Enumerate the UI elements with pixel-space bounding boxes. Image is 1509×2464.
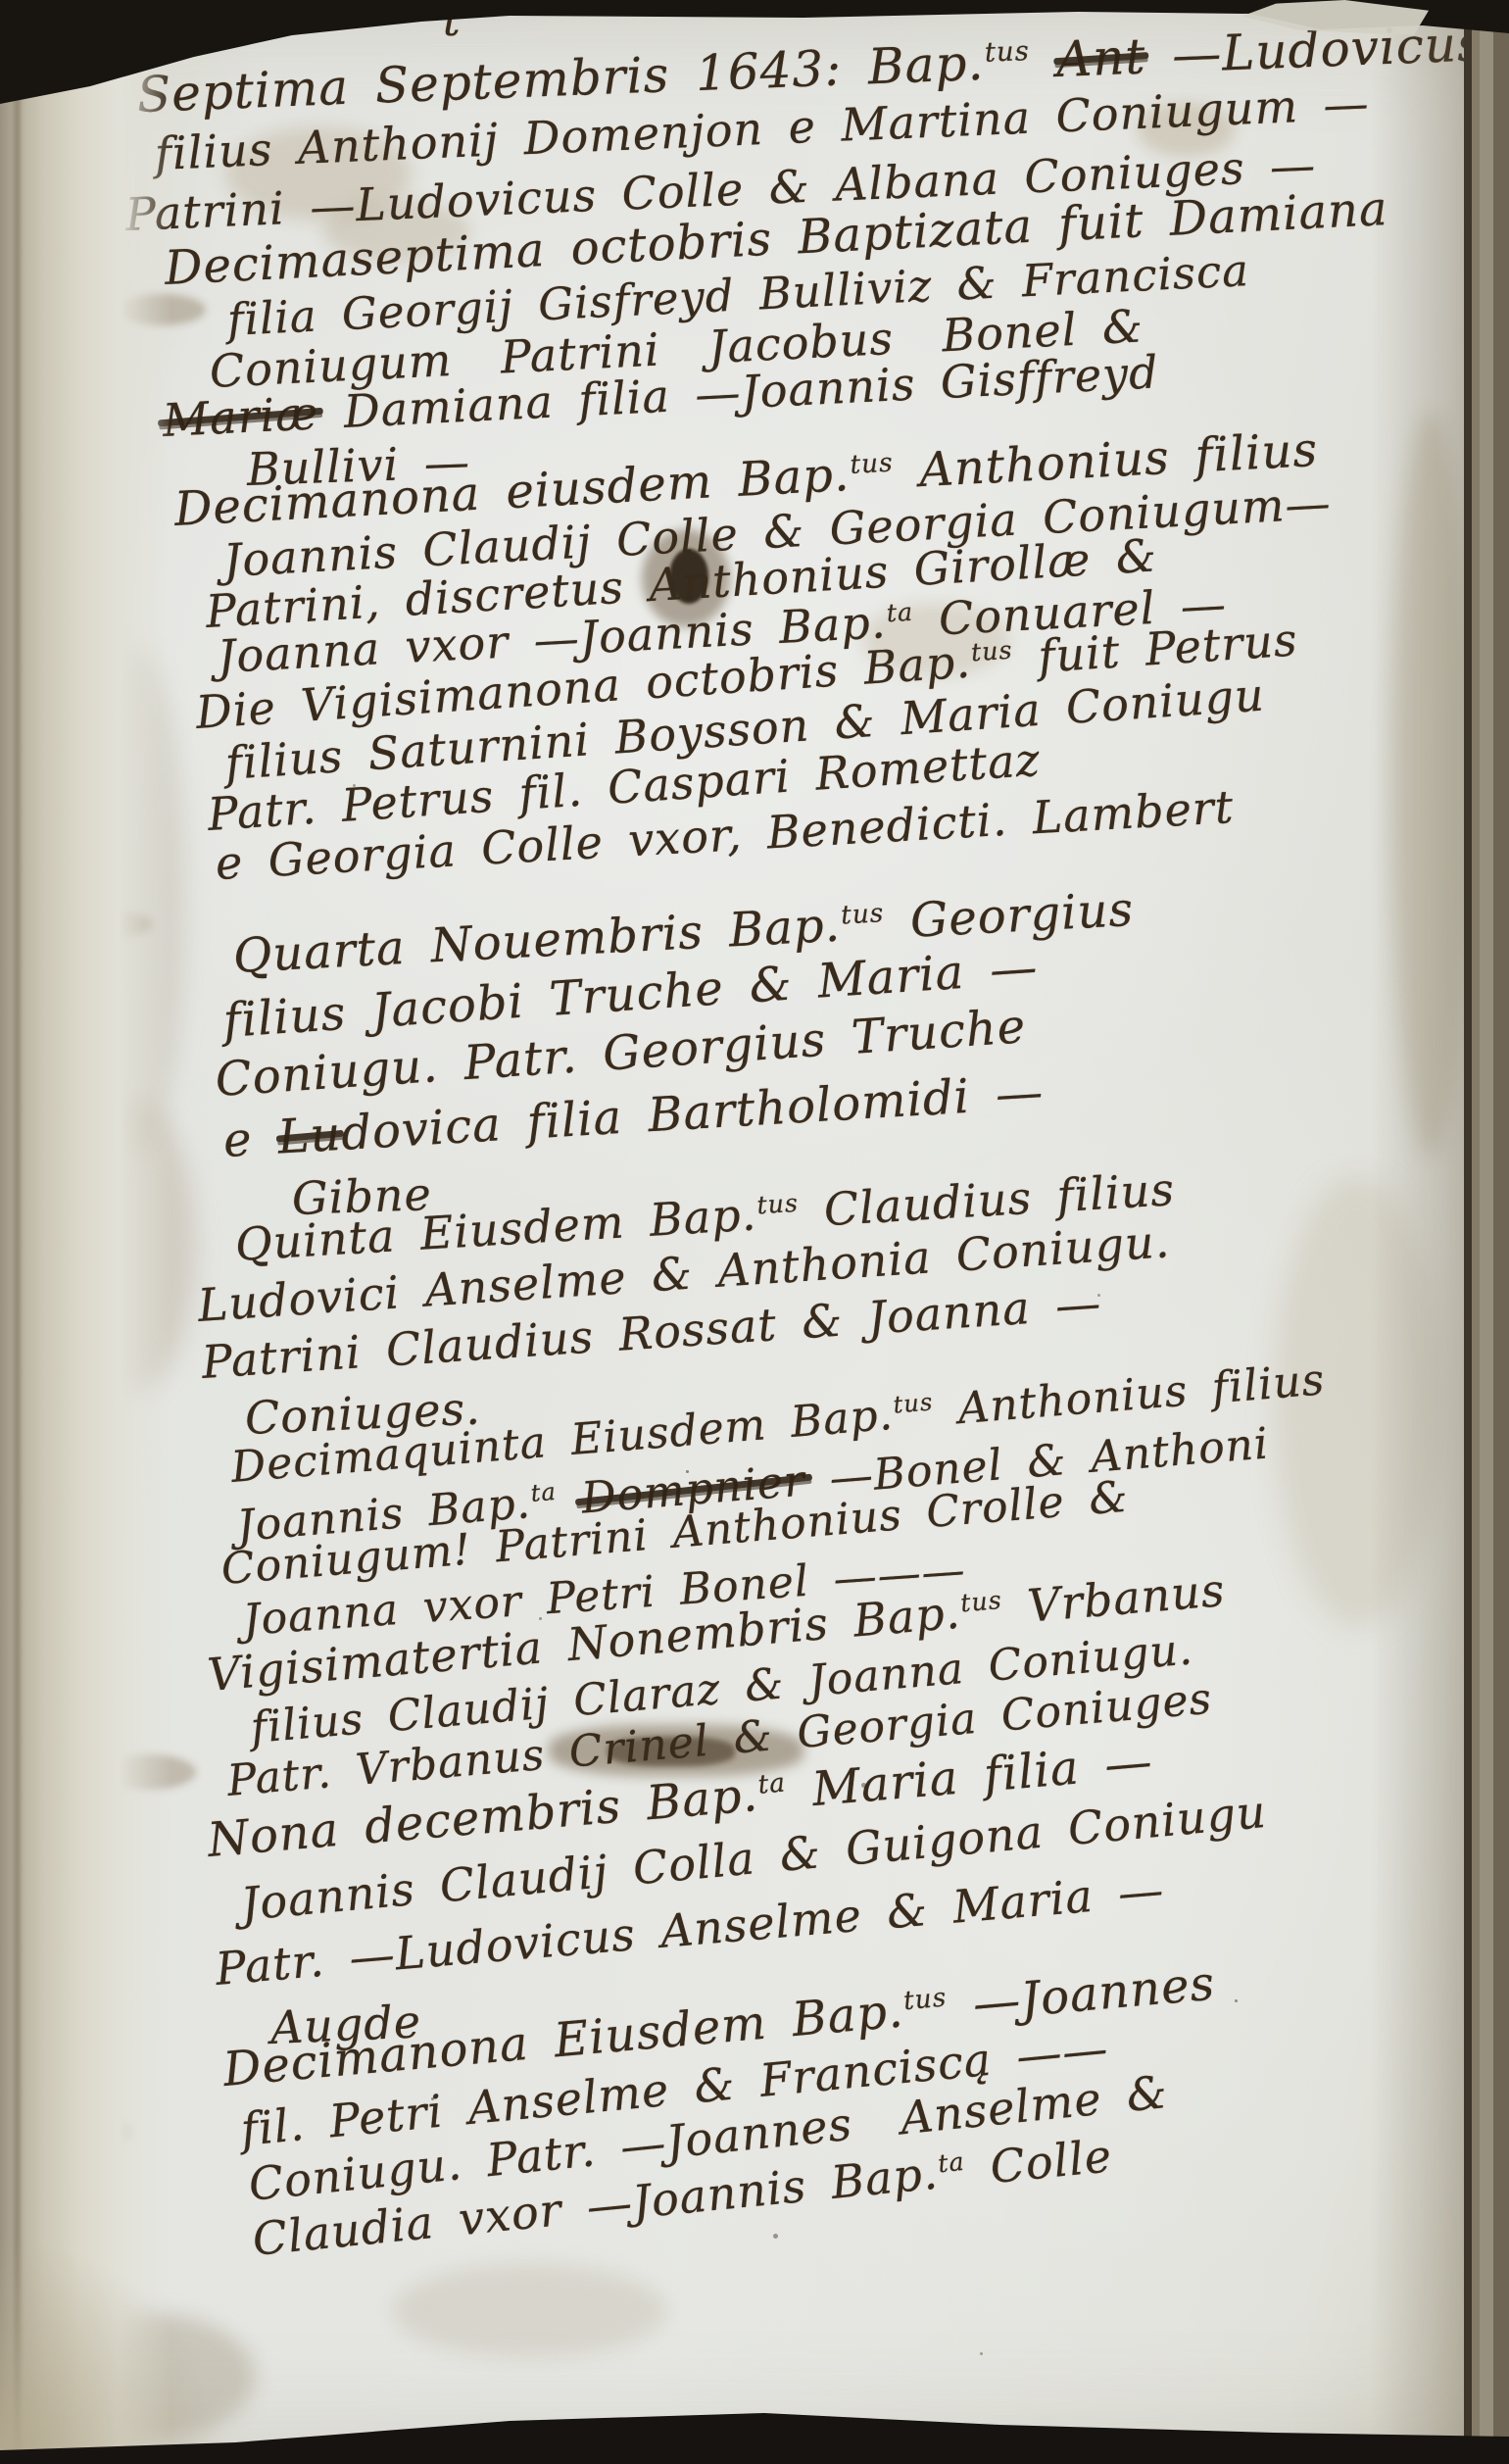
- superscript-abbrev: tus: [893, 1389, 935, 1419]
- superscript-abbrev: ta: [756, 1767, 787, 1799]
- superscript-abbrev: tus: [902, 1982, 949, 2016]
- manuscript-photo: tSeptima Septembris 1643: Bap.tus Ant —L…: [0, 0, 1509, 2464]
- superscript-abbrev: ta: [886, 597, 914, 626]
- struck-word: Mariæ: [162, 386, 320, 447]
- superscript-abbrev: tus: [850, 448, 895, 480]
- text-segment: Bap.: [867, 34, 986, 96]
- binding-deckle-edge: [0, 0, 171, 2464]
- superscript-abbrev: ta: [530, 1478, 558, 1507]
- struck-word: Ant: [1055, 27, 1147, 87]
- superscript-abbrev: tus: [840, 898, 885, 930]
- right-gutter-shade: [1370, 0, 1466, 2464]
- bottom-left-corner-curl: [0, 2235, 225, 2464]
- superscript-abbrev: tus: [970, 635, 1013, 666]
- paper-stain: [392, 2264, 666, 2357]
- deckle-edge-line: [14, 0, 21, 2464]
- struck-word: Lu: [276, 1107, 343, 1165]
- superscript-abbrev: tus: [959, 1586, 1003, 1617]
- superscript-abbrev: tus: [756, 1189, 800, 1219]
- superscript-abbrev: ta: [937, 2146, 966, 2178]
- text-segment: e: [221, 1110, 279, 1168]
- book-fore-edge: [1464, 0, 1509, 2464]
- superscript-abbrev: tus: [984, 35, 1030, 69]
